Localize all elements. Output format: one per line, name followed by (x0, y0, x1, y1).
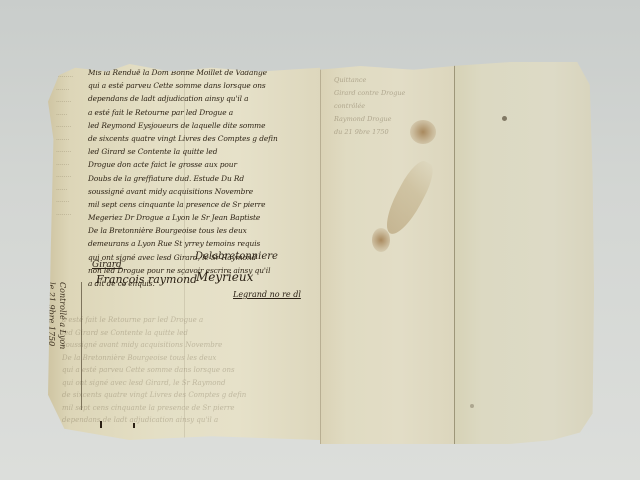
panel-right-blank (454, 62, 594, 444)
signature-meyrieux: Meyrieux (196, 270, 253, 284)
text-line: soussigné avant midy acquisitions Novemb… (88, 185, 316, 198)
margin-rule-line (81, 282, 82, 410)
stain-spot (410, 120, 436, 144)
text-line: demeurans a Lyon Rue St yrrey temoins re… (88, 237, 316, 250)
text-line: Drogue don acte faict le grosse aux pour (88, 158, 316, 171)
text-line: dependans de ladt adjudication ainsy qu'… (88, 92, 316, 105)
signature-girard: Girard (92, 260, 122, 270)
text-line: Mis la Renduë la Dom Bonne Moillet de Va… (88, 66, 316, 79)
signature-delabretonniere: Delabretonniere (195, 251, 278, 262)
fold-crease (454, 62, 455, 444)
ink-mark (100, 421, 102, 428)
margin-bleed-text: ........................................… (56, 70, 84, 220)
text-line: De la Bretonnière Bourgeoise tous les de… (88, 224, 316, 237)
fold-crease (184, 64, 185, 440)
signature-raymond: François raymond (96, 273, 197, 286)
stain-drip (379, 157, 440, 240)
text-line: led Girard se Contente la quitte led (88, 145, 316, 158)
ink-dot (470, 404, 474, 408)
text-line: a esté fait le Retourne par led Drogue a (88, 106, 316, 119)
text-line: de sixcents quatre vingt Livres des Comp… (88, 132, 316, 145)
document-photo: ........................................… (0, 0, 640, 480)
signature-legrand: Legrand no re dl (233, 290, 301, 299)
stain-spot (372, 228, 390, 252)
fold-crease (320, 66, 321, 444)
panel-middle-back: Quittance Girard contre Drogue contrôlée… (320, 66, 454, 444)
text-line: Doubs de la greffiature dud. Estude Du R… (88, 172, 316, 185)
text-line: mil sept cens cinquante la presence de S… (88, 198, 316, 211)
manuscript-sheet: ........................................… (48, 60, 593, 445)
ink-mark (133, 423, 135, 428)
text-line: Megeriez Dr Drogue a Lyon le Sr Jean Bap… (88, 211, 316, 224)
text-line: led Reymond Eysjoueurs de laquelle dite … (88, 119, 316, 132)
panel-left-written: ........................................… (48, 64, 320, 440)
vertical-margin-note: Controllé a Lyon le 21 9bre 1750 (46, 282, 68, 349)
bleed-through-text: a esté fait le Retourne par led Drogue a… (62, 314, 302, 427)
text-line: qui a esté parveu Cette somme dans lorsq… (88, 79, 316, 92)
ink-dot (502, 116, 507, 121)
